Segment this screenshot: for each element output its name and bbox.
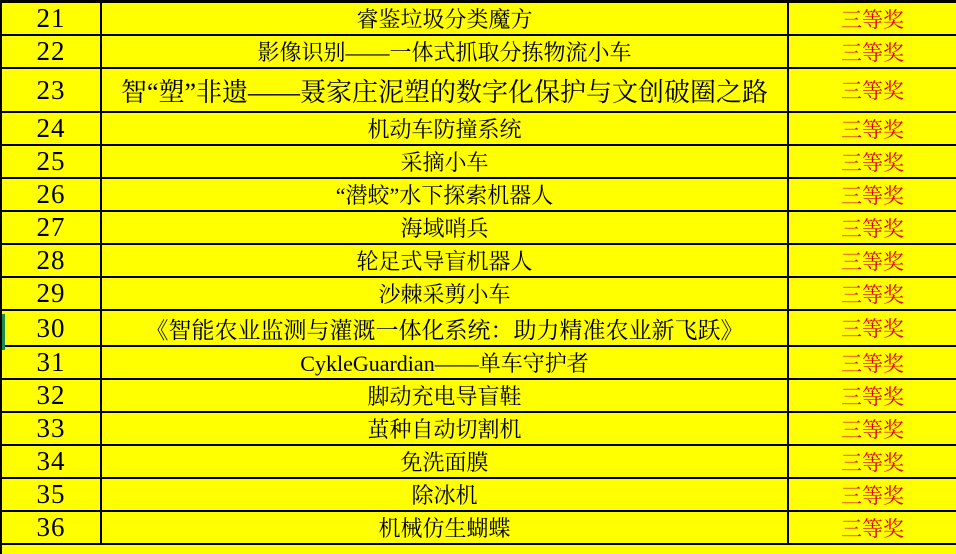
award-cell[interactable]: 三等奖 (789, 179, 956, 210)
award-cell[interactable]: 三等奖 (789, 512, 956, 543)
table-row: 24 机动车防撞系统 三等奖 (2, 113, 956, 146)
award-cell[interactable]: 三等奖 (789, 479, 956, 510)
row-number-cell[interactable]: 29 (2, 278, 102, 309)
award-cell[interactable]: 三等奖 (789, 245, 956, 276)
project-name-cell[interactable]: 除冰机 (102, 479, 789, 510)
table-row: 22 影像识别——一体式抓取分拣物流小车 三等奖 (2, 36, 956, 69)
table-row: 29 沙棘采剪小车 三等奖 (2, 278, 956, 311)
row-number-cell[interactable]: 26 (2, 179, 102, 210)
award-cell[interactable]: 三等奖 (789, 212, 956, 243)
project-name-cell[interactable]: 海域哨兵 (102, 212, 789, 243)
table-row: 25 采摘小车 三等奖 (2, 146, 956, 179)
row-number-cell[interactable]: 30 (2, 311, 102, 345)
table-row: 27 海域哨兵 三等奖 (2, 212, 956, 245)
award-cell[interactable]: 三等奖 (789, 69, 956, 111)
table-row: 30 《智能农业监测与灌溉一体化系统：助力精准农业新飞跃》 三等奖 (2, 311, 956, 347)
award-cell[interactable]: 三等奖 (789, 3, 956, 34)
cell-selection-indicator (2, 314, 5, 350)
row-number-cell[interactable]: 33 (2, 413, 102, 444)
project-name-cell[interactable]: 免洗面膜 (102, 446, 789, 477)
award-cell[interactable]: 三等奖 (789, 146, 956, 177)
row-number-cell[interactable]: 22 (2, 36, 102, 67)
award-cell[interactable]: 三等奖 (789, 36, 956, 67)
table-row: 35 除冰机 三等奖 (2, 479, 956, 512)
award-cell[interactable]: 三等奖 (789, 380, 956, 411)
row-number-cell[interactable]: 23 (2, 69, 102, 111)
row-number-cell[interactable]: 31 (2, 347, 102, 378)
table-row: 32 脚动充电导盲鞋 三等奖 (2, 380, 956, 413)
row-number-cell[interactable]: 27 (2, 212, 102, 243)
table-row: 23 智“塑”非遗——聂家庄泥塑的数字化保护与文创破圈之路 三等奖 (2, 69, 956, 113)
table-row: 26 “潜蛟”水下探索机器人 三等奖 (2, 179, 956, 212)
project-name-cell[interactable]: 影像识别——一体式抓取分拣物流小车 (102, 36, 789, 67)
project-name-cell[interactable]: 轮足式导盲机器人 (102, 245, 789, 276)
project-name-cell[interactable]: “潜蛟”水下探索机器人 (102, 179, 789, 210)
table-row: 34 免洗面膜 三等奖 (2, 446, 956, 479)
award-cell[interactable]: 三等奖 (789, 311, 956, 345)
row-number-cell[interactable]: 28 (2, 245, 102, 276)
project-name-cell[interactable]: 机动车防撞系统 (102, 113, 789, 144)
table-row: 31 CykleGuardian——单车守护者 三等奖 (2, 347, 956, 380)
project-name-cell[interactable]: 睿鉴垃圾分类魔方 (102, 3, 789, 34)
project-name-cell[interactable]: CykleGuardian——单车守护者 (102, 347, 789, 378)
award-cell[interactable]: 三等奖 (789, 113, 956, 144)
table-row: 33 茧种自动切割机 三等奖 (2, 413, 956, 446)
project-name-cell[interactable]: 采摘小车 (102, 146, 789, 177)
project-name-cell[interactable]: 《智能农业监测与灌溉一体化系统：助力精准农业新飞跃》 (102, 311, 789, 345)
partial-next-row (2, 545, 956, 552)
project-name-cell[interactable]: 沙棘采剪小车 (102, 278, 789, 309)
project-name-cell[interactable]: 茧种自动切割机 (102, 413, 789, 444)
project-name-cell[interactable]: 智“塑”非遗——聂家庄泥塑的数字化保护与文创破圈之路 (102, 69, 789, 111)
table-row: 21 睿鉴垃圾分类魔方 三等奖 (2, 3, 956, 36)
row-number-cell[interactable]: 25 (2, 146, 102, 177)
awards-spreadsheet: 21 睿鉴垃圾分类魔方 三等奖 22 影像识别——一体式抓取分拣物流小车 三等奖… (0, 0, 956, 554)
award-cell[interactable]: 三等奖 (789, 278, 956, 309)
row-number-cell[interactable]: 24 (2, 113, 102, 144)
row-number-cell[interactable]: 21 (2, 3, 102, 34)
table-row: 28 轮足式导盲机器人 三等奖 (2, 245, 956, 278)
project-name-cell[interactable]: 机械仿生蝴蝶 (102, 512, 789, 543)
row-number-cell[interactable]: 32 (2, 380, 102, 411)
awards-table: 21 睿鉴垃圾分类魔方 三等奖 22 影像识别——一体式抓取分拣物流小车 三等奖… (2, 3, 956, 545)
row-number-cell[interactable]: 36 (2, 512, 102, 543)
row-number-cell[interactable]: 35 (2, 479, 102, 510)
table-row: 36 机械仿生蝴蝶 三等奖 (2, 512, 956, 545)
award-cell[interactable]: 三等奖 (789, 413, 956, 444)
project-name-cell[interactable]: 脚动充电导盲鞋 (102, 380, 789, 411)
award-cell[interactable]: 三等奖 (789, 446, 956, 477)
row-number-cell[interactable]: 34 (2, 446, 102, 477)
award-cell[interactable]: 三等奖 (789, 347, 956, 378)
